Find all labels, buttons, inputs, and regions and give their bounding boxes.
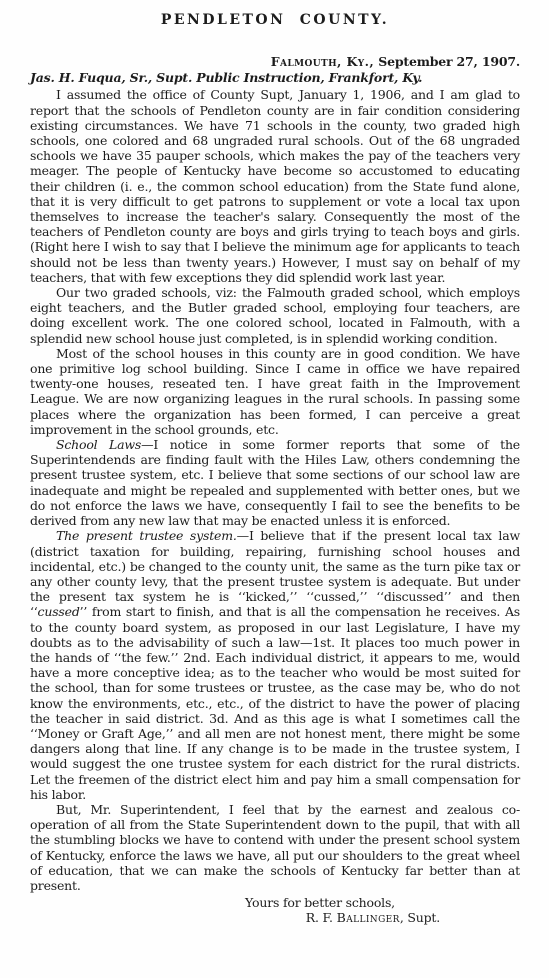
paragraph-text: I assumed the office of County Supt, Jan… xyxy=(30,87,520,284)
paragraph-text: ’’ from start to finish, and that is all… xyxy=(30,604,520,801)
paragraph: Most of the school houses in this county… xyxy=(30,346,520,437)
paragraph: But, Mr. Superintendent, I feel that by … xyxy=(30,802,520,893)
salutation: Jas. H. Fuqua, Sr., Supt. Public Instruc… xyxy=(30,70,520,85)
paragraph-italic-segment: The present trustee system.— xyxy=(56,528,249,543)
dateline-date: September 27, 1907. xyxy=(378,54,520,69)
paragraph-text: Our two graded schools, viz: the Falmout… xyxy=(30,285,520,346)
signature-suffix: , Supt. xyxy=(400,910,440,925)
dateline-place: Falmouth, Ky., xyxy=(271,54,374,69)
paragraph-italic-segment: School Laws xyxy=(56,437,141,452)
document-paragraphs: I assumed the office of County Supt, Jan… xyxy=(30,87,520,893)
paragraph: Our two graded schools, viz: the Falmout… xyxy=(30,285,520,346)
signature: R. F. Ballinger, Supt. xyxy=(30,910,520,925)
dateline: Falmouth, Ky., September 27, 1907. xyxy=(30,54,520,69)
paragraph: The present trustee system.—I believe th… xyxy=(30,528,520,802)
document-page: PENDLETON COUNTY. Falmouth, Ky., Septemb… xyxy=(0,0,549,978)
paragraph: School Laws—I notice in some former repo… xyxy=(30,437,520,528)
signature-name: Ballinger xyxy=(337,910,400,925)
paragraph-text: Most of the school houses in this county… xyxy=(30,346,520,437)
paragraph-italic-segment: cussed xyxy=(38,604,80,619)
signature-prefix: R. F. xyxy=(306,910,337,925)
paragraph-text: But, Mr. Superintendent, I feel that by … xyxy=(30,802,520,893)
page-title: PENDLETON COUNTY. xyxy=(30,12,520,28)
paragraph: I assumed the office of County Supt, Jan… xyxy=(30,87,520,285)
valediction: Yours for better schools, xyxy=(120,895,520,910)
